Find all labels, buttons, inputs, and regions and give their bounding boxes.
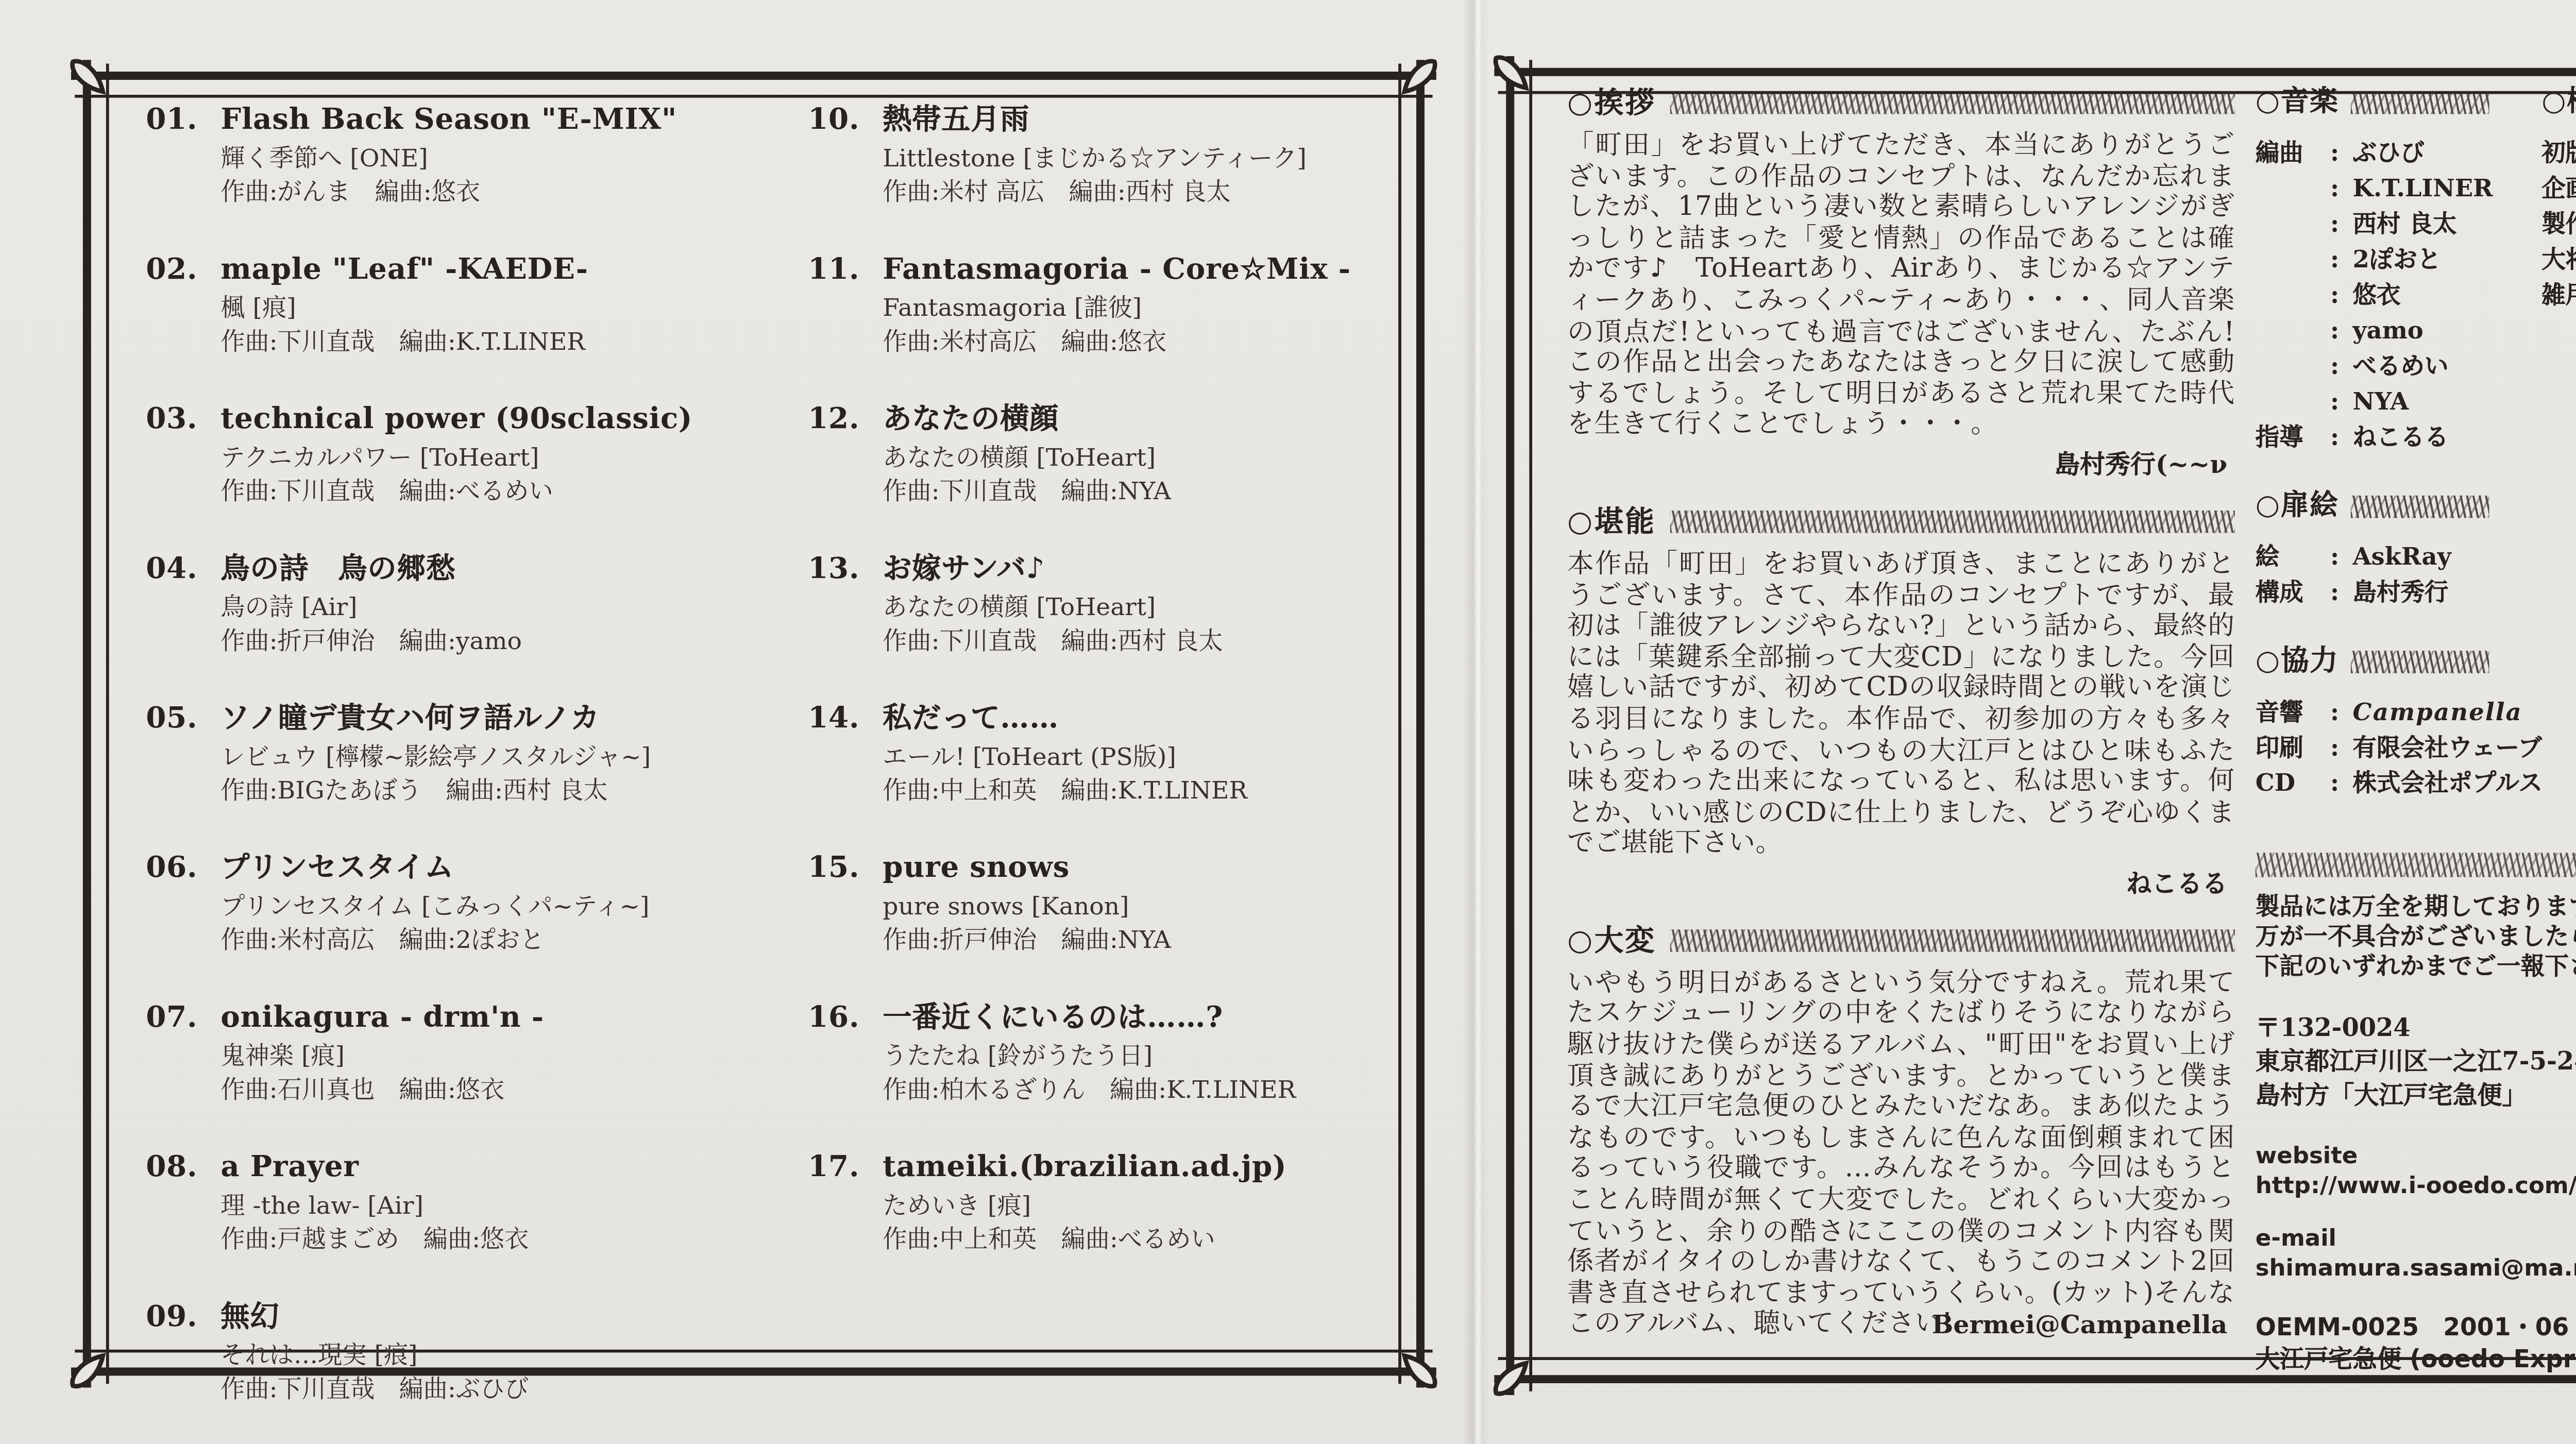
scribble-decoration <box>1669 929 2235 952</box>
credit-colon: : <box>2330 767 2353 802</box>
credit-row: 企画:大江戸宅急便 <box>2541 172 2576 208</box>
track-credits: 作曲:柏木るざりん 編曲:K.T.LINER <box>883 1074 1429 1107</box>
track-number: 07. <box>146 998 221 1034</box>
credit-label: 初版 <box>2541 137 2576 172</box>
center-fold-crease <box>1463 0 1489 1443</box>
credit-row: CD:株式会社ポプルス <box>2256 767 2536 802</box>
credit-row: :べるめい <box>2256 350 2536 385</box>
track-item: 15. pure snows pure snows [Kanon] 作曲:折戸伸… <box>808 849 1429 958</box>
track-number: 15. <box>808 849 883 885</box>
comment-section: ○堪能 本作品「町田」をお買いあげ頂き、まことにありがとうございます。さて、本作… <box>1567 499 2235 899</box>
credit-value: NYA <box>2353 385 2536 421</box>
credit-label <box>2256 172 2330 208</box>
credit-row: :西村 良太 <box>2256 208 2536 243</box>
track-item: 03. technical power (90sclassic) テクニカルパワ… <box>146 400 789 509</box>
section-heading: ○大変 <box>1567 918 1656 959</box>
credit-row: :NYA <box>2256 385 2536 421</box>
credit-value: べるめい <box>2353 350 2536 385</box>
track-item: 11. Fantasmagoria - Core☆Mix - Fantasmag… <box>808 250 1429 359</box>
track-title: 無幻 <box>221 1298 789 1333</box>
credit-label: 絵 <box>2256 540 2330 576</box>
track-source: あなたの横顔 [ToHeart] <box>883 443 1429 476</box>
credit-block-music: ○音楽 編曲:ぶひび :K.T.LINER :西村 良太 :2ぽおと :悠衣 :… <box>2256 80 2536 456</box>
shimamura-doodle: GS どうも島村です <box>2571 471 2576 845</box>
track-title: お嫁サンバ♪ <box>883 550 1429 585</box>
track-credits: 作曲:BIGたあぼう 編曲:西村 良太 <box>221 775 789 808</box>
credit-block-cooperation: ○協力 音響:Campanella 印刷:有限会社ウェーブ CD:株式会社ポプル… <box>2256 639 2536 802</box>
track-number: 03. <box>146 400 221 436</box>
track-item: 05. ソノ瞳デ貴女ハ何ヲ語ルノカ レビュウ [檸檬~影絵亭ノスタルジャ~] 作… <box>146 700 789 808</box>
track-title: Flash Back Season "E-MIX" <box>221 101 789 137</box>
track-number: 16. <box>808 998 883 1034</box>
scribble-decoration <box>2350 495 2488 517</box>
credit-label <box>2256 243 2330 279</box>
track-credits: 作曲:下川直哉 編曲:ぶひび <box>221 1373 789 1406</box>
track-credits: 作曲:米村高広 編曲:2ぽおと <box>221 925 789 958</box>
credit-label: 製作 <box>2541 208 2576 243</box>
track-source: Littlestone [まじかる☆アンティーク] <box>883 144 1429 177</box>
postal-address: 〒132-0024 東京都江戸川区一之江7-5-24 島村方「大江戸宅急便」 <box>2256 1013 2576 1114</box>
email-label: e-mail <box>2256 1222 2576 1253</box>
section-body: 「町田」をお買い上げてただき、本当にありがとうございます。この作品のコンセプトは… <box>1567 131 2235 441</box>
track-item: 06. プリンセスタイム プリンセスタイム [こみっくパ~ティ~] 作曲:米村高… <box>146 849 789 958</box>
section-signature: ねこるる <box>1567 862 2235 899</box>
credit-rows: 絵:AskRay 構成:島村秀行 <box>2256 540 2536 611</box>
email-block: e-mail shimamura.sasami@ma.neweb.ne.jp <box>2256 1222 2576 1284</box>
track-source: テクニカルパワー [ToHeart] <box>221 443 789 476</box>
track-title: Fantasmagoria - Core☆Mix - <box>883 250 1429 286</box>
track-source: 楓 [痕] <box>221 294 789 327</box>
credit-row: :K.T.LINER <box>2256 172 2536 208</box>
credit-label <box>2256 279 2330 314</box>
track-credits: 作曲:戸越まごめ 編曲:悠衣 <box>221 1224 789 1257</box>
email-address: shimamura.sasami@ma.neweb.ne.jp <box>2256 1253 2576 1284</box>
credit-row: 雑用:島村秀行(~~ν <box>2541 279 2576 314</box>
track-title: あなたの横顔 <box>883 400 1429 436</box>
credit-label: 音響 <box>2256 695 2330 731</box>
track-source: あなたの横顔 [ToHeart] <box>883 593 1429 626</box>
credit-colon: : <box>2330 385 2353 421</box>
section-heading: ○挨拶 <box>1567 80 1656 122</box>
credit-value: Campanella <box>2353 695 2536 731</box>
track-credits: 作曲:折戸伸治 編曲:NYA <box>883 925 1429 958</box>
credit-value: 株式会社ポプルス <box>2353 767 2543 802</box>
track-item: 17. tameiki.(brazilian.ad.jp) ためいき [痕] 作… <box>808 1148 1429 1257</box>
track-credits: 作曲:中上和英 編曲:べるめい <box>883 1224 1429 1257</box>
credit-heading: ○協力 <box>2256 639 2339 678</box>
track-credits: 作曲:下川直哉 編曲:NYA <box>883 476 1429 509</box>
tracklist-column-2: 10. 熱帯五月雨 Littlestone [まじかる☆アンティーク] 作曲:米… <box>808 101 1429 1298</box>
credit-value: 西村 良太 <box>2353 208 2536 243</box>
track-number: 06. <box>146 849 221 885</box>
track-credits: 作曲:中上和英 編曲:K.T.LINER <box>883 775 1429 808</box>
track-item: 13. お嫁サンバ♪ あなたの横顔 [ToHeart] 作曲:下川直哉 編曲:西… <box>808 550 1429 658</box>
credit-row: 絵:AskRay <box>2256 540 2536 576</box>
track-number: 13. <box>808 550 883 585</box>
credit-label <box>2256 208 2330 243</box>
credit-colon: : <box>2330 731 2353 767</box>
credit-value: 有限会社ウェーブ <box>2353 731 2542 767</box>
scribble-decoration <box>1669 92 2235 114</box>
credit-value: 2ぽおと <box>2353 243 2536 279</box>
credit-block-cover-art: ○扉絵 絵:AskRay 構成:島村秀行 <box>2256 484 2536 611</box>
credit-block-overview: ○概要 初版:2001・04・30 企画:大江戸宅急便 製作:大江戸宅急便 大将… <box>2541 80 2576 314</box>
section-body: いやもう明日があるさという気分ですねえ。荒れ果てたスケジューリングの中をくたばり… <box>1567 969 2235 1341</box>
defect-notice: 製品には万全を期しておりますが、 万が一不具合がございましたら、お手数ですが 下… <box>2256 894 2576 984</box>
credit-row: :2ぽおと <box>2256 243 2536 279</box>
track-item: 02. maple "Leaf" -KAEDE- 楓 [痕] 作曲:下川直哉 編… <box>146 250 789 359</box>
track-title: onikagura - drm'n - <box>221 998 789 1034</box>
credit-row: 初版:2001・04・30 <box>2541 137 2576 172</box>
track-title: 熱帯五月雨 <box>883 101 1429 137</box>
credit-label <box>2256 314 2330 350</box>
track-credits: 作曲:折戸伸治 編曲:yamo <box>221 625 789 658</box>
track-number: 10. <box>808 101 883 137</box>
credit-colon: : <box>2330 695 2353 731</box>
credit-row: 指導:ねこるる <box>2256 421 2536 456</box>
credit-colon: : <box>2330 137 2353 172</box>
track-credits: 作曲:がんま 編曲:悠衣 <box>221 177 789 210</box>
section-heading: ○堪能 <box>1567 499 1656 540</box>
track-number: 17. <box>808 1148 883 1184</box>
credit-label: 企画 <box>2541 172 2576 208</box>
booklet-spread: 01. Flash Back Season "E-MIX" 輝く季節へ [ONE… <box>0 0 2576 1443</box>
credit-row: :yamo <box>2256 314 2536 350</box>
track-credits: 作曲:下川直哉 編曲:べるめい <box>221 476 789 509</box>
track-title: プリンセスタイム <box>221 849 789 885</box>
credit-row: :悠衣 <box>2256 279 2536 314</box>
catalog-block: OEMM-0025 2001・06・03 大江戸宅急便 (ooedo Expre… <box>2256 1312 2576 1378</box>
credit-row: 印刷:有限会社ウェーブ <box>2256 731 2536 767</box>
track-number: 08. <box>146 1148 221 1184</box>
track-number: 02. <box>146 250 221 286</box>
track-source: レビュウ [檸檬~影絵亭ノスタルジャ~] <box>221 742 789 775</box>
credit-rows: 音響:Campanella 印刷:有限会社ウェーブ CD:株式会社ポプルス <box>2256 695 2536 802</box>
credit-row: 音響:Campanella <box>2256 695 2536 731</box>
track-item: 04. 鳥の詩 鳥の郷愁 鳥の詩 [Air] 作曲:折戸伸治 編曲:yamo <box>146 550 789 658</box>
catalog-number: OEMM-0025 2001・06・03 <box>2256 1312 2576 1345</box>
credit-row: 編曲:ぶひび <box>2256 137 2536 172</box>
track-title: 私だって…… <box>883 700 1429 735</box>
scribble-decoration <box>1669 511 2235 533</box>
track-source: ためいき [痕] <box>883 1191 1429 1224</box>
scribble-separator <box>2256 853 2576 877</box>
credit-label <box>2256 385 2330 421</box>
track-title: 鳥の詩 鳥の郷愁 <box>221 550 789 585</box>
credit-value: ねこるる <box>2353 421 2536 456</box>
track-number: 11. <box>808 250 883 286</box>
credits-column-right: ○概要 初版:2001・04・30 企画:大江戸宅急便 製作:大江戸宅急便 大将… <box>2541 80 2576 406</box>
credit-heading: ○概要 <box>2541 80 2576 120</box>
credit-label: 構成 <box>2256 576 2330 611</box>
track-title: maple "Leaf" -KAEDE- <box>221 250 789 286</box>
track-credits: 作曲:下川直哉 編曲:西村 良太 <box>883 625 1429 658</box>
scribble-decoration <box>2350 91 2488 113</box>
credit-label: 印刷 <box>2256 731 2330 767</box>
credit-colon: : <box>2330 243 2353 279</box>
scribble-decoration <box>2350 650 2488 672</box>
track-title: 一番近くにいるのは……? <box>883 998 1429 1034</box>
track-item: 09. 無幻 それは…現実 [痕] 作曲:下川直哉 編曲:ぶひび <box>146 1298 789 1406</box>
track-source: それは…現実 [痕] <box>221 1341 789 1374</box>
comment-section: ○大変 いやもう明日があるさという気分ですねえ。荒れ果てたスケジューリングの中を… <box>1567 918 2235 1341</box>
track-number: 01. <box>146 101 221 137</box>
track-item: 08. a Prayer 理 -the law- [Air] 作曲:戸越まごめ … <box>146 1148 789 1257</box>
credit-colon: : <box>2330 172 2353 208</box>
track-source: エール! [ToHeart (PS版)] <box>883 742 1429 775</box>
track-item: 10. 熱帯五月雨 Littlestone [まじかる☆アンティーク] 作曲:米… <box>808 101 1429 210</box>
track-title: pure snows <box>883 849 1429 885</box>
credit-label: 編曲 <box>2256 137 2330 172</box>
credit-label <box>2256 350 2330 385</box>
section-signature: 島村秀行(~~ν <box>1567 443 2235 481</box>
website-block: website http://www.i-ooedo.com/ <box>2256 1140 2576 1202</box>
credit-colon: : <box>2330 576 2353 611</box>
track-credits: 作曲:米村 高広 編曲:西村 良太 <box>883 177 1429 210</box>
comments-column: ○挨拶 「町田」をお買い上げてただき、本当にありがとうございます。この作品のコン… <box>1567 80 2235 1360</box>
comment-section: ○挨拶 「町田」をお買い上げてただき、本当にありがとうございます。この作品のコン… <box>1567 80 2235 481</box>
credit-label: 雑用 <box>2541 279 2576 314</box>
track-number: 09. <box>146 1298 221 1333</box>
credit-rows: 初版:2001・04・30 企画:大江戸宅急便 製作:大江戸宅急便 大将:島村秀… <box>2541 137 2576 314</box>
doodle-drawing: GS <box>2571 471 2576 845</box>
credit-row: 製作:大江戸宅急便 <box>2541 208 2576 243</box>
track-item: 12. あなたの横顔 あなたの横顔 [ToHeart] 作曲:下川直哉 編曲:N… <box>808 400 1429 509</box>
left-page: 01. Flash Back Season "E-MIX" 輝く季節へ [ONE… <box>67 56 1440 1391</box>
credit-colon: : <box>2330 421 2353 456</box>
track-item: 16. 一番近くにいるのは……? うたたね [鈴がうたう日] 作曲:柏木るざりん… <box>808 998 1429 1107</box>
track-source: Fantasmagoria [誰彼] <box>883 294 1429 327</box>
section-body: 本作品「町田」をお買いあげ頂き、まことにありがとうございます。さて、本作品のコン… <box>1567 550 2235 860</box>
tracklist-column-1: 01. Flash Back Season "E-MIX" 輝く季節へ [ONE… <box>146 101 789 1444</box>
credit-colon: : <box>2330 279 2353 314</box>
track-item: 07. onikagura - drm'n - 鬼神楽 [痕] 作曲:石川真也 … <box>146 998 789 1107</box>
website-url: http://www.i-ooedo.com/ <box>2256 1171 2576 1202</box>
track-title: tameiki.(brazilian.ad.jp) <box>883 1148 1429 1184</box>
track-title: a Prayer <box>221 1148 789 1184</box>
track-source: プリンセスタイム [こみっくパ~ティ~] <box>221 892 789 925</box>
credit-value: yamo <box>2353 314 2536 350</box>
credit-value: 悠衣 <box>2353 279 2536 314</box>
credit-value: K.T.LINER <box>2353 172 2536 208</box>
track-title: technical power (90sclassic) <box>221 400 789 436</box>
track-credits: 作曲:石川真也 編曲:悠衣 <box>221 1074 789 1107</box>
credit-row: 構成:島村秀行 <box>2256 576 2536 611</box>
track-item: 14. 私だって…… エール! [ToHeart (PS版)] 作曲:中上和英 … <box>808 700 1429 808</box>
track-number: 14. <box>808 700 883 735</box>
track-item: 01. Flash Back Season "E-MIX" 輝く季節へ [ONE… <box>146 101 789 210</box>
credits-column-left: ○音楽 編曲:ぶひび :K.T.LINER :西村 良太 :2ぽおと :悠衣 :… <box>2256 80 2536 830</box>
track-source: うたたね [鈴がうたう日] <box>883 1042 1429 1075</box>
track-source: 鳥の詩 [Air] <box>221 593 789 626</box>
credit-colon: : <box>2330 540 2353 576</box>
circle-name: 大江戸宅急便 (ooedo Express mail) <box>2256 1345 2576 1378</box>
credit-rows: 編曲:ぶひび :K.T.LINER :西村 良太 :2ぽおと :悠衣 :yamo… <box>2256 137 2536 456</box>
credit-heading: ○音楽 <box>2256 80 2339 120</box>
credit-label: 指導 <box>2256 421 2330 456</box>
track-source: 理 -the law- [Air] <box>221 1191 789 1224</box>
contact-info-block: 製品には万全を期しておりますが、 万が一不具合がございましたら、お手数ですが 下… <box>2256 853 2576 1378</box>
track-title: ソノ瞳デ貴女ハ何ヲ語ルノカ <box>221 700 789 735</box>
credit-value: ぶひび <box>2353 137 2536 172</box>
track-number: 12. <box>808 400 883 436</box>
right-page: ○挨拶 「町田」をお買い上げてただき、本当にありがとうございます。この作品のコン… <box>1490 53 2576 1399</box>
track-number: 04. <box>146 550 221 585</box>
website-label: website <box>2256 1140 2576 1171</box>
credit-value: AskRay <box>2353 540 2536 576</box>
credit-colon: : <box>2330 208 2353 243</box>
credit-colon: : <box>2330 350 2353 385</box>
credit-row: 大将:島村秀行(~~ν <box>2541 243 2576 279</box>
track-number: 05. <box>146 700 221 735</box>
no-particular-order-note: 順不同 敬称略 <box>2541 370 2576 406</box>
track-source: 鬼神楽 [痕] <box>221 1042 789 1075</box>
track-credits: 作曲:下川直哉 編曲:K.T.LINER <box>221 326 789 359</box>
track-source: 輝く季節へ [ONE] <box>221 144 789 177</box>
credit-colon: : <box>2330 314 2353 350</box>
track-source: pure snows [Kanon] <box>883 892 1429 925</box>
credit-label: CD <box>2256 767 2330 802</box>
track-credits: 作曲:米村高広 編曲:悠衣 <box>883 326 1429 359</box>
credit-value: 島村秀行 <box>2353 576 2536 611</box>
credit-heading: ○扉絵 <box>2256 484 2339 523</box>
credit-label: 大将 <box>2541 243 2576 279</box>
